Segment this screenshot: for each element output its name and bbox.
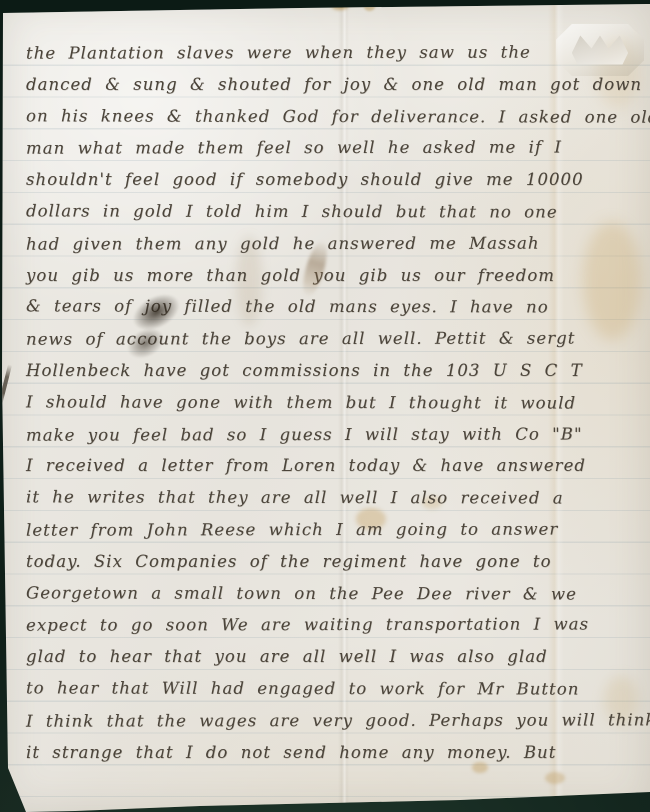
letter-line: had given them any gold he answered me M… <box>26 227 642 260</box>
letter-line: I should have gone with them but I thoug… <box>26 386 642 419</box>
letter-line: dollars in gold I told him I should but … <box>26 195 642 228</box>
fox-stain <box>364 2 375 11</box>
letter-line: I received a letter from Loren today & h… <box>26 450 642 482</box>
letter-line: Hollenbeck have got commissions in the 1… <box>26 355 642 387</box>
fox-stain <box>112 0 124 9</box>
letter-line: it strange that I do not send home any m… <box>26 737 642 769</box>
letter-line: the Plantation slaves were when they saw… <box>26 36 642 69</box>
letter-line: & tears of joy filled the old mans eyes.… <box>26 291 642 324</box>
letter-line: make you feel bad so I guess I will stay… <box>26 418 642 451</box>
letter-line: shouldn't feel good if somebody should g… <box>26 164 642 196</box>
letter-line: to hear that Will had engaged to work fo… <box>26 672 642 705</box>
letter-line: I think that the wages are very good. Pe… <box>26 704 642 737</box>
letter-line: news of account the boys are all well. P… <box>26 323 642 356</box>
letter-line: expect to go soon We are waiting transpo… <box>26 609 642 642</box>
letter-line: it he writes that they are all well I al… <box>26 482 642 515</box>
letter-line: you gib us more than gold you gib us our… <box>26 260 642 292</box>
letter-line: Georgetown a small town on the Pee Dee r… <box>26 577 642 610</box>
letter-line: glad to hear that you are all well I was… <box>26 641 642 673</box>
letter-line: danced & sung & shouted for joy & one ol… <box>26 69 642 101</box>
letter-paper: the Plantation slaves were when they saw… <box>0 0 650 812</box>
fox-stain <box>330 0 350 10</box>
letter-line: man what made them feel so well he asked… <box>26 132 642 165</box>
letter-body: the Plantation slaves were when they saw… <box>26 37 642 768</box>
letter-line: today. Six Companies of the regiment hav… <box>26 546 642 578</box>
letter-line: letter from John Reese which I am going … <box>26 513 642 546</box>
letter-line: on his knees & thanked God for deliveran… <box>26 100 642 133</box>
scan-background: the Plantation slaves were when they saw… <box>0 0 650 812</box>
